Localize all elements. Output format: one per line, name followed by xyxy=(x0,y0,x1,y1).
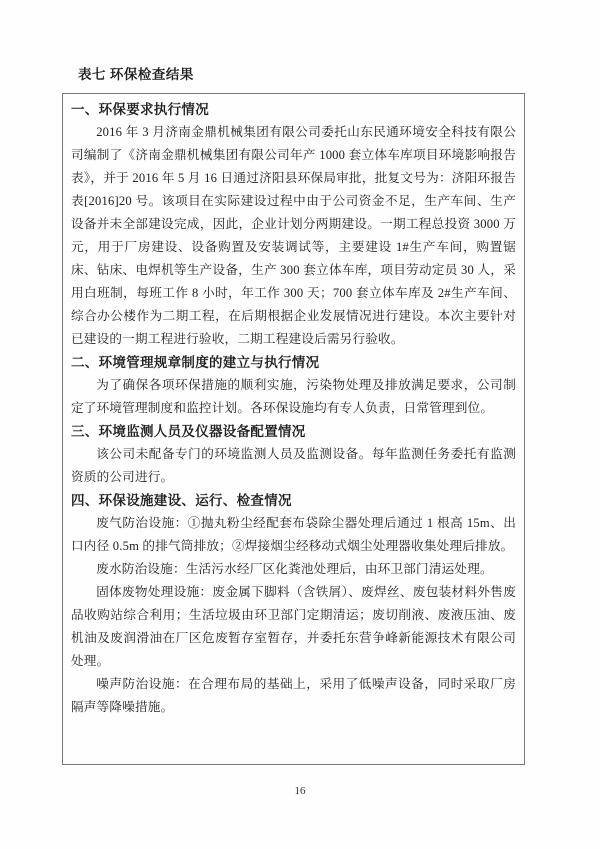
section-2-paragraph: 为了确保各项环保措施的顺利实施，污染物处理及排放满足要求，公司制定了环境管理制度… xyxy=(71,374,516,420)
table-caption: 表七 环保检查结果 xyxy=(78,63,194,83)
section-4-paragraph-waste-gas: 废气防治设施：①抛丸粉尘经配套布袋除尘器处理后通过 1 根高 15m、出口内径 … xyxy=(71,512,516,558)
section-3-heading: 三、环境监测人员及仪器设备配置情况 xyxy=(71,420,516,443)
section-2-heading: 二、环境管理规章制度的建立与执行情况 xyxy=(71,351,516,374)
section-4-paragraph-noise: 噪声防治设施：在合理布局的基础上，采用了低噪声设备，同时采取厂房隔声等降噪措施。 xyxy=(71,673,516,719)
section-1-heading: 一、环保要求执行情况 xyxy=(71,98,516,121)
document-page: 表七 环保检查结果 一、环保要求执行情况 2016 年 3 月济南金鼎机械集团有… xyxy=(0,0,600,849)
section-env-facilities-status: 四、环保设施建设、运行、检查情况 废气防治设施：①抛丸粉尘经配套布袋除尘器处理后… xyxy=(71,489,516,719)
section-env-management-rules: 二、环境管理规章制度的建立与执行情况 为了确保各项环保措施的顺利实施，污染物处理… xyxy=(71,351,516,420)
section-4-heading: 四、环保设施建设、运行、检查情况 xyxy=(71,489,516,512)
section-1-paragraph: 2016 年 3 月济南金鼎机械集团有限公司委托山东民通环境安全科技有限公司编制… xyxy=(71,121,516,351)
section-3-paragraph: 该公司未配备专门的环境监测人员及监测设备。每年监测任务委托有监测资质的公司进行。 xyxy=(71,443,516,489)
section-4-paragraph-waste-water: 废水防治设施：生活污水经厂区化粪池处理后，由环卫部门清运处理。 xyxy=(71,558,516,581)
section-env-requirements-execution: 一、环保要求执行情况 2016 年 3 月济南金鼎机械集团有限公司委托山东民通环… xyxy=(71,98,516,351)
inspection-results-table: 一、环保要求执行情况 2016 年 3 月济南金鼎机械集团有限公司委托山东民通环… xyxy=(62,93,525,765)
page-number: 16 xyxy=(0,785,600,797)
section-4-paragraph-solid-waste: 固体废物处理设施：废金属下脚料（含铁屑）、废焊丝、废包装材料外售废品收购站综合利… xyxy=(71,581,516,673)
section-env-monitoring-staff-equipment: 三、环境监测人员及仪器设备配置情况 该公司未配备专门的环境监测人员及监测设备。每… xyxy=(71,420,516,489)
